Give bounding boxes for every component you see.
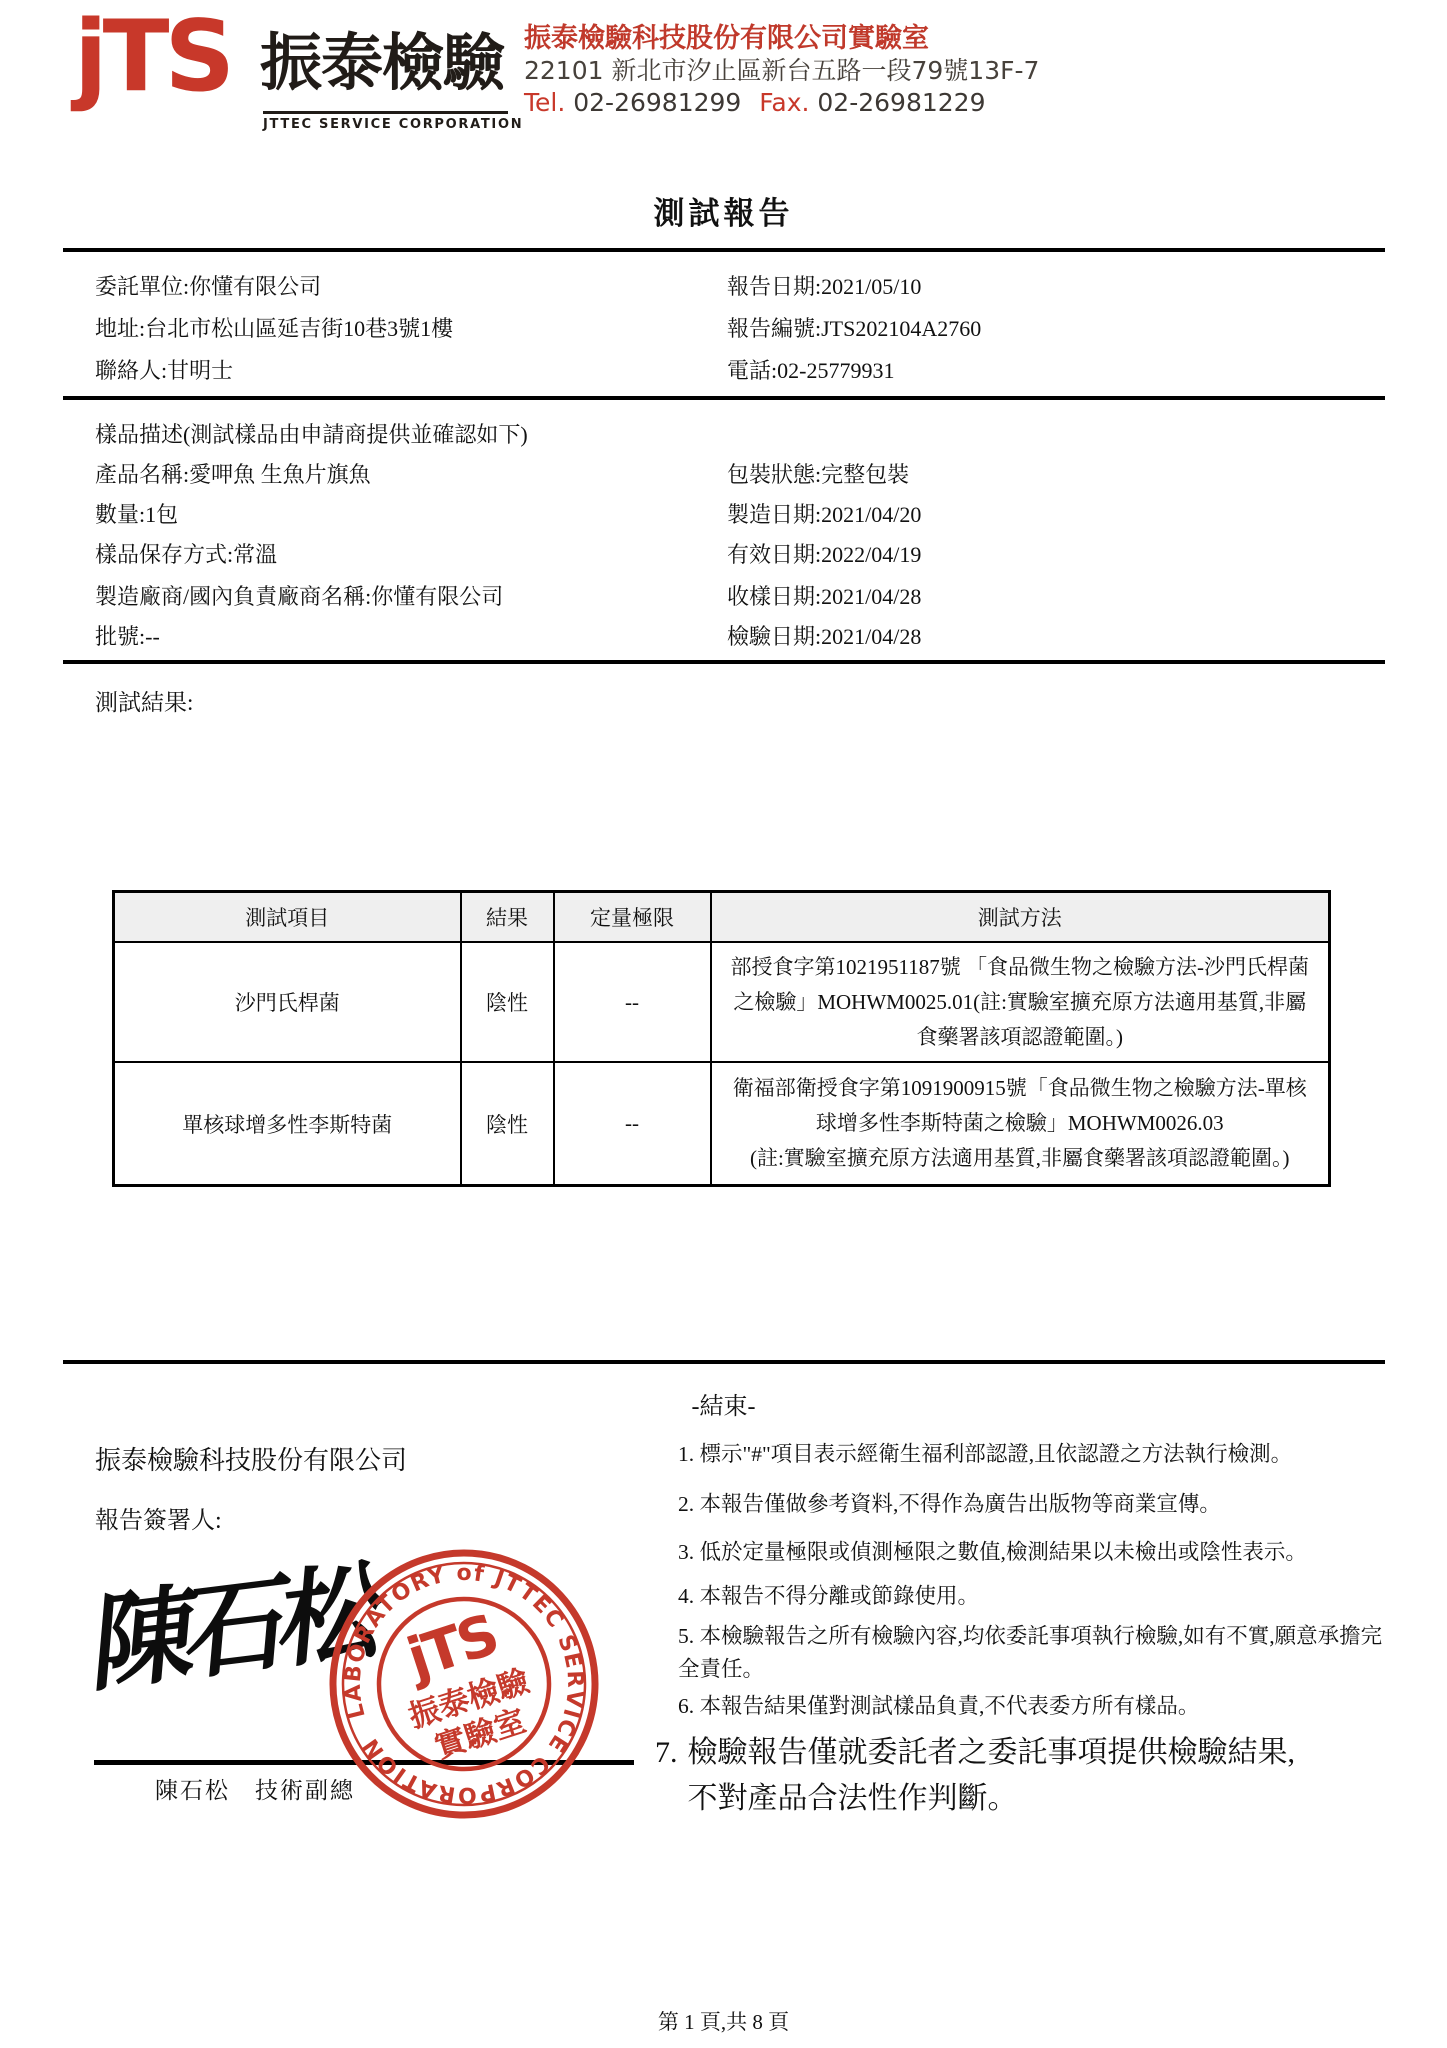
- field-label: 聯絡人:: [95, 358, 167, 383]
- field-label: 包裝狀態:: [727, 462, 821, 487]
- lab-telfax: Tel. 02-26981299 Fax. 02-26981229: [524, 87, 1039, 119]
- divider-2: [63, 396, 1385, 400]
- note-3: 3. 低於定量極限或偵測極限之數值,檢測結果以未檢出或陰性表示。: [678, 1536, 1386, 1569]
- method-paragraph: (註:實驗室擴充原方法適用基質,非屬食藥署該項認證範圍。): [724, 1141, 1317, 1176]
- field-label: 檢驗日期:: [727, 624, 821, 649]
- note-4: 4. 本報告不得分離或節錄使用。: [678, 1580, 1386, 1613]
- col-header-method: 測試方法: [711, 892, 1330, 943]
- field-label: 有效日期:: [727, 542, 821, 567]
- report-page: jTS 振泰檢驗 JTTEC SERVICE CORPORATION 振泰檢驗科…: [0, 0, 1447, 2048]
- field-value: 1包: [145, 502, 178, 527]
- field-receive-date: 收樣日期:2021/04/28: [727, 580, 921, 611]
- field-label: 樣品保存方式:: [95, 542, 233, 567]
- cell-result: 陰性: [461, 1062, 554, 1186]
- field-label: 收樣日期:: [727, 584, 821, 609]
- cell-loq: --: [554, 942, 711, 1062]
- field-value: 2021/04/20: [821, 502, 921, 527]
- note-2: 2. 本報告僅做參考資料,不得作為廣告出版物等商業宣傳。: [678, 1488, 1386, 1521]
- field-value: 02-25779931: [777, 358, 894, 383]
- field-label: 製造日期:: [727, 502, 821, 527]
- corp-name-en: JTTEC SERVICE CORPORATION: [263, 117, 523, 132]
- lab-address: 22101 新北市汐止區新台五路一段79號13F-7: [524, 55, 1039, 87]
- field-storage-method: 樣品保存方式:常溫: [95, 538, 277, 569]
- field-label: 報告日期:: [727, 274, 821, 299]
- field-product-name: 產品名稱:愛呷魚 生魚片旗魚: [95, 458, 371, 489]
- field-label: 報告編號:: [727, 316, 821, 341]
- cell-test-item: 沙門氏桿菌: [114, 942, 461, 1062]
- lab-contact-block: 振泰檢驗科技股份有限公司實驗室 22101 新北市汐止區新台五路一段79號13F…: [524, 22, 1039, 119]
- field-expiry-date: 有效日期:2022/04/19: [727, 538, 921, 569]
- field-value: 甘明士: [167, 358, 233, 383]
- cell-test-item: 單核球增多性李斯特菌: [114, 1062, 461, 1186]
- field-phone: 電話:02-25779931: [727, 354, 894, 385]
- field-label: 數量:: [95, 502, 145, 527]
- field-contact-person: 聯絡人:甘明士: [95, 354, 233, 385]
- field-label: 製造廠商/國內負責廠商名稱:: [95, 584, 371, 609]
- field-package-status: 包裝狀態:完整包裝: [727, 458, 909, 489]
- field-label: 電話:: [727, 358, 777, 383]
- sample-description-heading: 樣品描述(測試樣品由申請商提供並確認如下): [95, 418, 528, 449]
- field-label: 委託單位:: [95, 274, 189, 299]
- issuer-company-name: 振泰檢驗科技股份有限公司: [95, 1440, 407, 1477]
- note-7-number: 7.: [655, 1730, 678, 1822]
- note-7: 7. 檢驗報告僅就委託者之委託事項提供檢驗結果, 不對產品合法性作判斷。: [655, 1730, 1295, 1822]
- field-value: 你懂有限公司: [189, 274, 321, 299]
- col-header-test-item: 測試項目: [114, 892, 461, 943]
- tel-number: 02-26981299: [573, 88, 741, 117]
- method-paragraph: 衛福部衛授食字第1091900915號「食品微生物之檢驗方法-單核球增多性李斯特…: [724, 1071, 1317, 1141]
- field-quantity: 數量:1包: [95, 498, 178, 529]
- table-header-row: 測試項目 結果 定量極限 測試方法: [114, 892, 1330, 943]
- cell-loq: --: [554, 1062, 711, 1186]
- fax-label: Fax.: [759, 88, 809, 117]
- lab-name: 振泰檢驗科技股份有限公司實驗室: [524, 22, 1039, 55]
- signer-label: 報告簽署人:: [95, 1500, 222, 1535]
- jts-logo-icon: jTS: [74, 8, 230, 106]
- divider-1: [63, 248, 1385, 252]
- field-value: 2021/05/10: [821, 274, 921, 299]
- field-value: 2022/04/19: [821, 542, 921, 567]
- signer-name-title: 陳石松 技術副總: [155, 1772, 355, 1805]
- end-mark: -結束-: [0, 1386, 1447, 1421]
- field-value: JTS202104A2760: [821, 316, 981, 341]
- field-value: 台北市松山區延吉街10巷3號1樓: [145, 316, 453, 341]
- field-value: 2021/04/28: [821, 584, 921, 609]
- field-test-date: 檢驗日期:2021/04/28: [727, 620, 921, 651]
- cell-method: 部授食字第1021951187號 「食品微生物之檢驗方法-沙門氏桿菌之檢驗」MO…: [711, 942, 1330, 1062]
- note-1: 1. 標示"#"項目表示經衛生福利部認證,且依認證之方法執行檢測。: [678, 1438, 1386, 1471]
- cell-method: 衛福部衛授食字第1091900915號「食品微生物之檢驗方法-單核球增多性李斯特…: [711, 1062, 1330, 1186]
- page-indicator: 第 1 頁,共 8 頁: [0, 2006, 1447, 2036]
- logo-divider: [263, 111, 508, 114]
- col-header-result: 結果: [461, 892, 554, 943]
- field-value: 你懂有限公司: [371, 584, 503, 609]
- divider-3: [63, 660, 1385, 664]
- results-table: 測試項目 結果 定量極限 測試方法 沙門氏桿菌 陰性 -- 部授食字第10219…: [112, 890, 1331, 1187]
- field-report-date: 報告日期:2021/05/10: [727, 270, 921, 301]
- field-manufacture-date: 製造日期:2021/04/20: [727, 498, 921, 529]
- note-7-text: 檢驗報告僅就委託者之委託事項提供檢驗結果, 不對產品合法性作判斷。: [688, 1730, 1296, 1822]
- test-results-heading: 測試結果:: [95, 684, 193, 717]
- col-header-loq: 定量極限: [554, 892, 711, 943]
- tel-label: Tel.: [524, 88, 565, 117]
- brand-name-cn: 振泰檢驗: [260, 24, 504, 102]
- field-client-unit: 委託單位:你懂有限公司: [95, 270, 321, 301]
- field-batch-number: 批號:--: [95, 620, 160, 651]
- cell-result: 陰性: [461, 942, 554, 1062]
- table-row: 沙門氏桿菌 陰性 -- 部授食字第1021951187號 「食品微生物之檢驗方法…: [114, 942, 1330, 1062]
- field-label: 產品名稱:: [95, 462, 189, 487]
- field-manufacturer: 製造廠商/國內負責廠商名稱:你懂有限公司: [95, 580, 503, 611]
- note-6: 6. 本報告結果僅對測試樣品負責,不代表委方所有樣品。: [678, 1690, 1386, 1723]
- field-client-address: 地址:台北市松山區延吉街10巷3號1樓: [95, 312, 453, 343]
- field-value: 2021/04/28: [821, 624, 921, 649]
- note-5: 5. 本檢驗報告之所有檢驗內容,均依委託事項執行檢驗,如有不實,願意承擔完全責任…: [678, 1620, 1386, 1686]
- method-paragraph: 部授食字第1021951187號 「食品微生物之檢驗方法-沙門氏桿菌之檢驗」MO…: [724, 950, 1317, 1055]
- report-title: 測試報告: [0, 188, 1447, 233]
- field-value: 愛呷魚 生魚片旗魚: [189, 462, 371, 487]
- field-report-number: 報告編號:JTS202104A2760: [727, 312, 981, 343]
- field-value: --: [145, 624, 160, 649]
- divider-4: [63, 1360, 1385, 1364]
- field-label: 地址:: [95, 316, 145, 341]
- field-value: 完整包裝: [821, 462, 909, 487]
- field-label: 批號:: [95, 624, 145, 649]
- field-value: 常溫: [233, 542, 277, 567]
- table-row: 單核球增多性李斯特菌 陰性 -- 衛福部衛授食字第1091900915號「食品微…: [114, 1062, 1330, 1186]
- fax-number: 02-26981229: [817, 88, 985, 117]
